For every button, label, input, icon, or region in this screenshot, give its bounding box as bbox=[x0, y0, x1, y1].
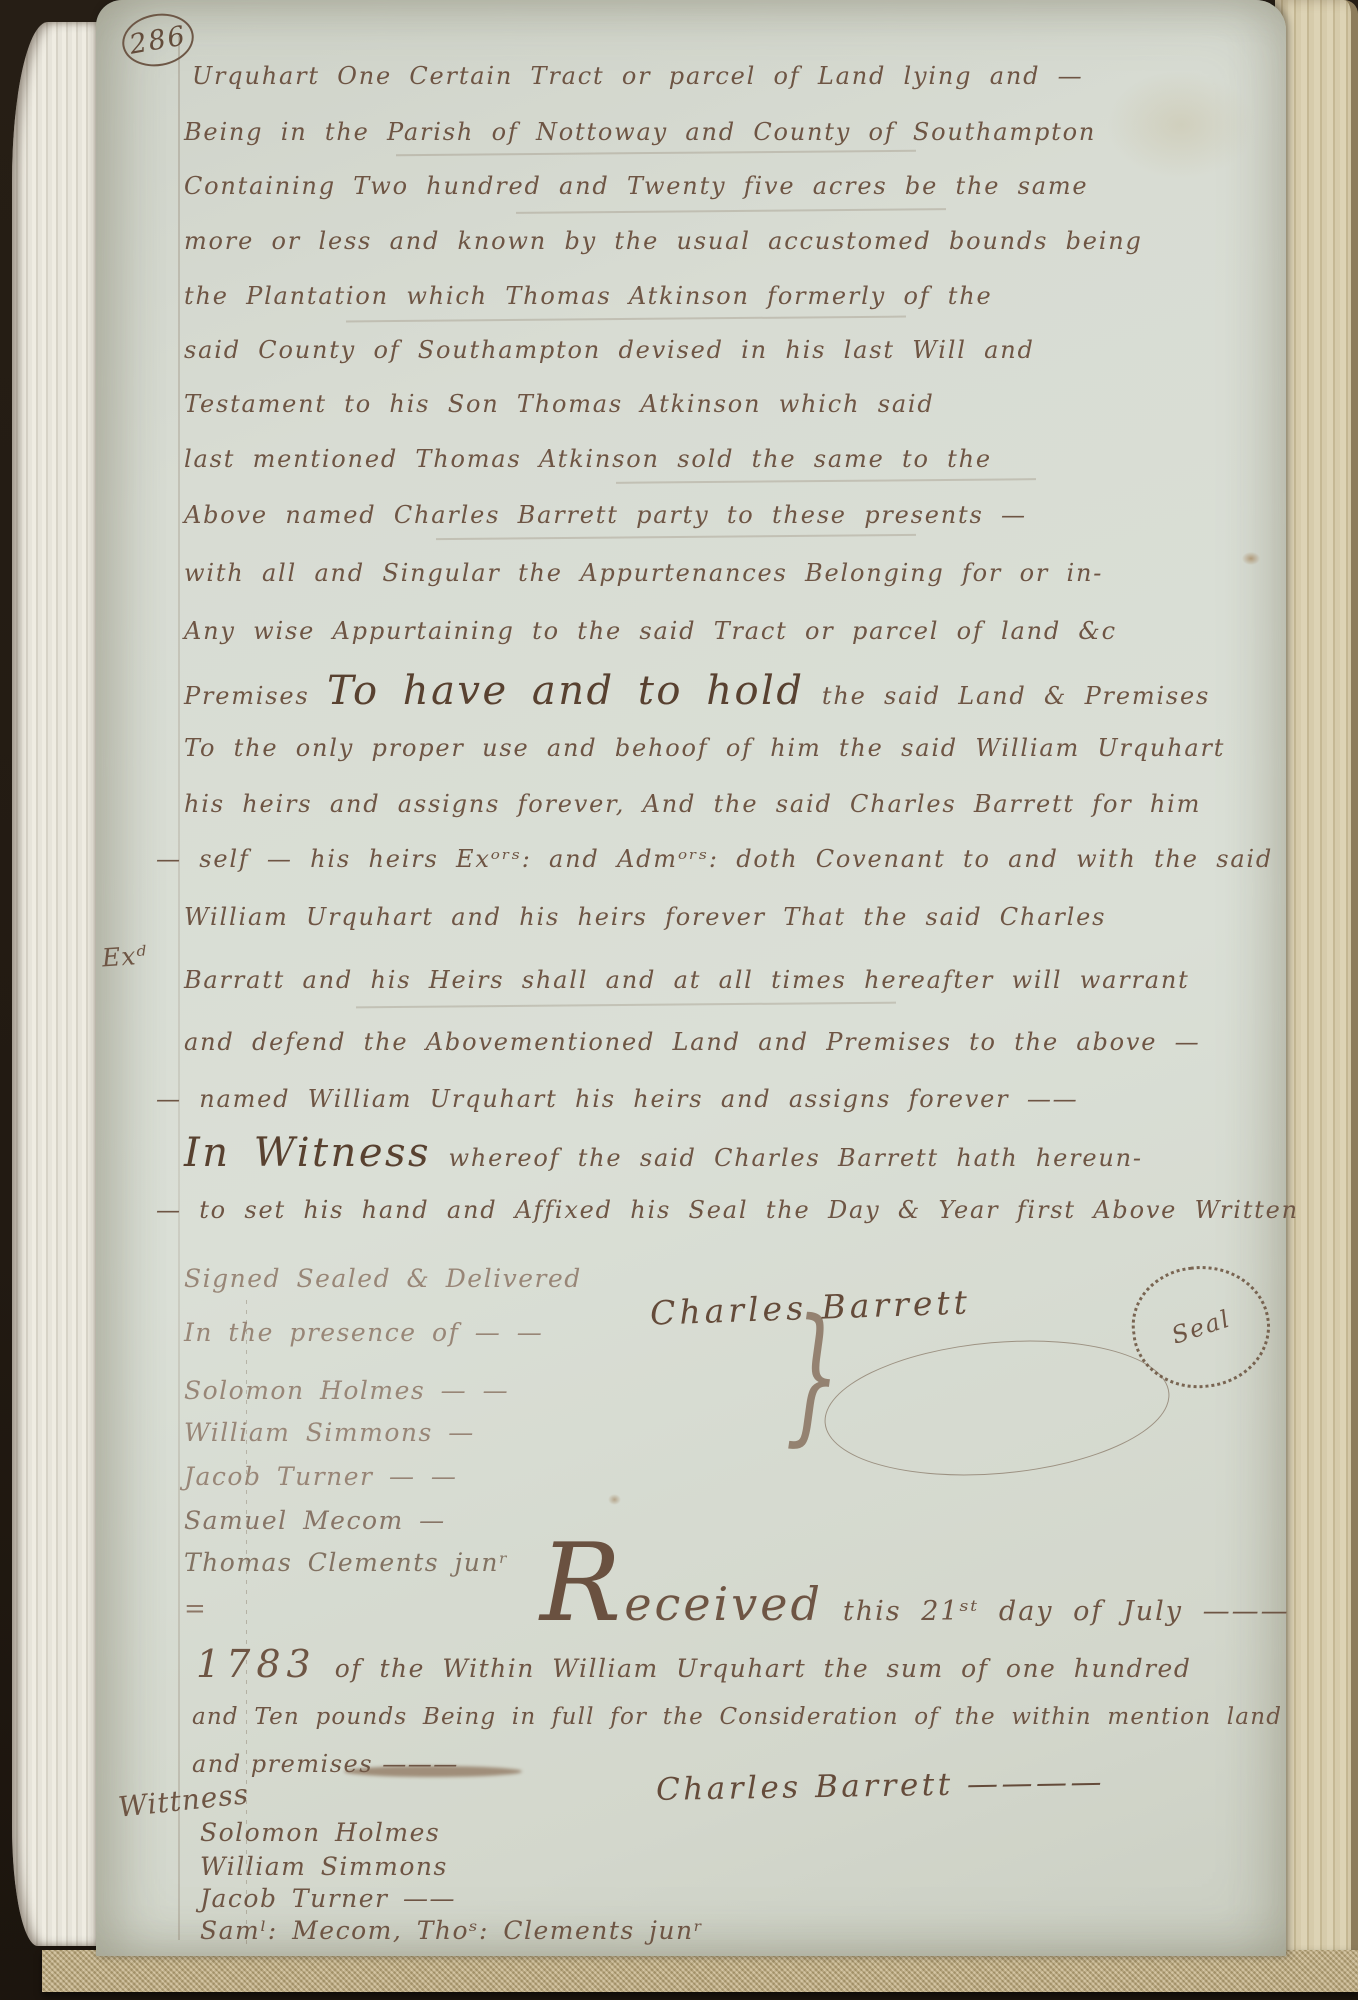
seal-label: Seal bbox=[1168, 1304, 1234, 1349]
deed-text-line: his heirs and assigns forever, And the s… bbox=[184, 790, 1286, 818]
charles-barrett-signature: Charles Barrett bbox=[649, 1282, 971, 1332]
deed-text-line: — named William Urquhart his heirs and a… bbox=[156, 1085, 1258, 1113]
deed-text-line: William Urquhart and his heirs forever T… bbox=[184, 903, 1286, 931]
signature-flourish bbox=[819, 1327, 1175, 1489]
deed-text-line: Containing Two hundred and Twenty five a… bbox=[184, 172, 1286, 200]
deed-text-line: the Plantation which Thomas Atkinson for… bbox=[184, 282, 1286, 310]
ink-bleedthrough bbox=[356, 1002, 896, 1009]
witness-name: Samuel Mecom — bbox=[184, 1506, 446, 1535]
page-number: 286 bbox=[118, 8, 198, 72]
deed-text-line: with all and Singular the Appurtenances … bbox=[184, 559, 1286, 587]
deed-text-line: more or less and known by the usual accu… bbox=[184, 227, 1286, 255]
book-left-page-edges bbox=[12, 22, 98, 1946]
received-word: Received bbox=[540, 1552, 823, 1636]
attestation-line: In the presence of — — bbox=[184, 1318, 543, 1347]
receipt-witness-name: Solomon Holmes bbox=[200, 1818, 440, 1847]
book-binding-cloth bbox=[42, 1950, 1358, 1992]
document-page: 286 Exᵈ Urquhart One Certain Tract or pa… bbox=[96, 0, 1286, 1956]
in-witness-phrase: In Witness bbox=[184, 1130, 431, 1176]
attestation-line: Signed Sealed & Delivered bbox=[184, 1264, 582, 1293]
deed-text-line: — to set his hand and Affixed his Seal t… bbox=[156, 1196, 1258, 1224]
paper-stain bbox=[608, 1494, 621, 1505]
deed-text-line: said County of Southampton devised in hi… bbox=[184, 336, 1286, 364]
flourish-mark: = bbox=[184, 1594, 206, 1624]
deed-text-line: — self — his heirs Exᵒʳˢ: and Admᵒʳˢ: do… bbox=[156, 845, 1258, 873]
deed-text-line: Testament to his Son Thomas Atkinson whi… bbox=[184, 390, 1286, 418]
receipt-opening-line: Received this 21ˢᵗ day of July ——— bbox=[540, 1552, 1290, 1636]
book-fore-edge-pages bbox=[1275, 0, 1358, 1958]
photo-background: 286 Exᵈ Urquhart One Certain Tract or pa… bbox=[0, 0, 1358, 2000]
witness-name: Jacob Turner — — bbox=[184, 1462, 457, 1491]
receipt-witness-label: Wittness bbox=[117, 1777, 251, 1824]
receipt-year-line: 1783 of the Within William Urquhart the … bbox=[196, 1642, 1191, 1686]
witness-name: Thomas Clements junʳ bbox=[184, 1548, 509, 1577]
page-number-text: 286 bbox=[127, 20, 189, 61]
deed-text-line: and defend the Abovementioned Land and P… bbox=[184, 1028, 1286, 1056]
deed-text-line: Barratt and his Heirs shall and at all t… bbox=[184, 966, 1286, 994]
receipt-year: 1783 bbox=[196, 1642, 317, 1686]
deed-text-line: Being in the Parish of Nottoway and Coun… bbox=[184, 118, 1286, 146]
receipt-date-text: this 21ˢᵗ day of July ——— bbox=[843, 1596, 1290, 1627]
ink-bleedthrough bbox=[436, 534, 916, 540]
deed-text-line: Urquhart One Certain Tract or parcel of … bbox=[192, 62, 1294, 90]
receipt-witness-name: William Simmons bbox=[200, 1852, 448, 1881]
receipt-witness-name: Jacob Turner —— bbox=[200, 1884, 456, 1913]
receipt-text-line: and Ten pounds Being in full for the Con… bbox=[192, 1704, 1282, 1730]
deed-text-line-habendum: Premises To have and to hold the said La… bbox=[184, 668, 1286, 714]
witness-name: Solomon Holmes — — bbox=[184, 1376, 509, 1405]
to-have-and-to-hold-phrase: To have and to hold bbox=[327, 668, 805, 714]
receipt-witness-name: Samˡ: Mecom, Thoˢ: Clements junʳ bbox=[200, 1916, 704, 1945]
receipt-text-line: and premises ——— bbox=[192, 1750, 459, 1778]
receipt-signature: Charles Barrett ———— bbox=[656, 1764, 1106, 1808]
deed-text-line: To the only proper use and behoof of him… bbox=[184, 734, 1286, 762]
margin-note-exd: Exᵈ bbox=[101, 940, 148, 972]
deed-text-line: Above named Charles Barrett party to the… bbox=[184, 501, 1286, 529]
deed-text-line-testimonium: In Witness whereof the said Charles Barr… bbox=[184, 1130, 1286, 1176]
ink-bleedthrough bbox=[616, 478, 1036, 484]
receipt-text: of the Within William Urquhart the sum o… bbox=[335, 1654, 1192, 1683]
witness-name: William Simmons — bbox=[184, 1418, 475, 1447]
ink-bleedthrough bbox=[396, 150, 916, 157]
ink-bleedthrough bbox=[346, 316, 906, 323]
deed-text-line: Any wise Appurtaining to the said Tract … bbox=[184, 617, 1286, 645]
ink-bleedthrough bbox=[516, 208, 946, 214]
deed-text-line: last mentioned Thomas Atkinson sold the … bbox=[184, 445, 1286, 473]
fold-crease bbox=[178, 36, 180, 1940]
